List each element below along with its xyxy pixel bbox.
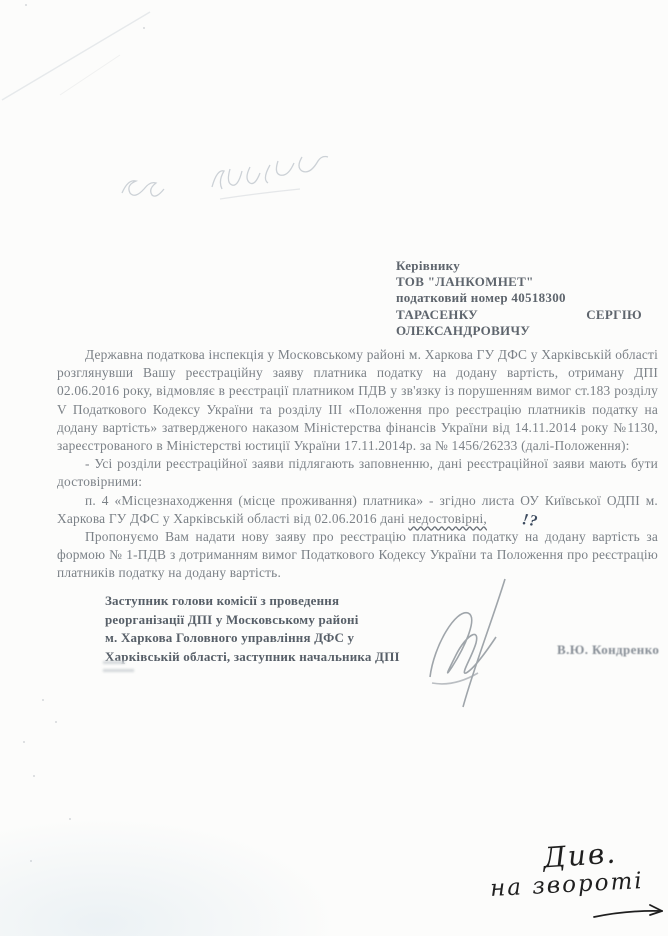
scan-speck (42, 699, 44, 701)
recipient-patronymic: ОЛЕКСАНДРОВИЧУ (396, 323, 642, 339)
recipient-company: ТОВ "ЛАНКОМНЕТ" (396, 274, 642, 290)
handwritten-signature (408, 575, 528, 710)
faint-note-line (103, 669, 134, 672)
recipient-name-row: ТАРАСЕНКУ СЕРГІЮ (396, 307, 642, 323)
body-paragraph-4: Пропонуємо Вам надати нову заяву про реє… (57, 528, 658, 583)
handwritten-see-note-word1: Див. (542, 836, 618, 874)
scan-speck (23, 741, 25, 743)
faint-note-line (103, 661, 125, 664)
recipient-tax-number: податковий номер 40518300 (396, 290, 642, 306)
faint-reference-note (103, 661, 134, 677)
recipient-title: Керівнику (396, 258, 642, 274)
scan-speck (143, 27, 145, 29)
body-paragraph-1: Державна податкова інспекція у Московськ… (57, 346, 658, 455)
fold-crease-mark (0, 0, 170, 120)
scan-speck (30, 860, 32, 862)
underlined-word: недостовірні, (408, 511, 487, 526)
pencil-scribble-handwriting (100, 155, 390, 210)
body-paragraph-3-text: п. 4 «Місцезнаходження (місце проживання… (57, 493, 658, 526)
scanned-letter-page: Керівнику ТОВ "ЛАНКОМНЕТ" податковий ном… (0, 0, 668, 936)
body-paragraph-2: - Усі розділи реєстраційної заяви підляг… (57, 455, 658, 491)
scan-speck (55, 721, 57, 723)
scan-speck (25, 4, 27, 6)
recipient-block: Керівнику ТОВ "ЛАНКОМНЕТ" податковий ном… (396, 258, 642, 339)
letter-body: Державна податкова інспекція у Московськ… (57, 346, 658, 583)
body-paragraph-3: п. 4 «Місцезнаходження (місце проживання… (57, 492, 658, 528)
handwritten-arrow-right-icon (592, 900, 668, 924)
handwritten-see-note-word2: на звороті (489, 868, 644, 902)
recipient-surname: ТАРАСЕНКУ (396, 307, 478, 323)
scan-speck (69, 818, 71, 820)
scan-shadow-tint (0, 816, 340, 936)
scan-speck (33, 775, 35, 777)
signer-name: В.Ю. Кондренко (557, 642, 659, 658)
recipient-firstname: СЕРГІЮ (586, 307, 642, 323)
